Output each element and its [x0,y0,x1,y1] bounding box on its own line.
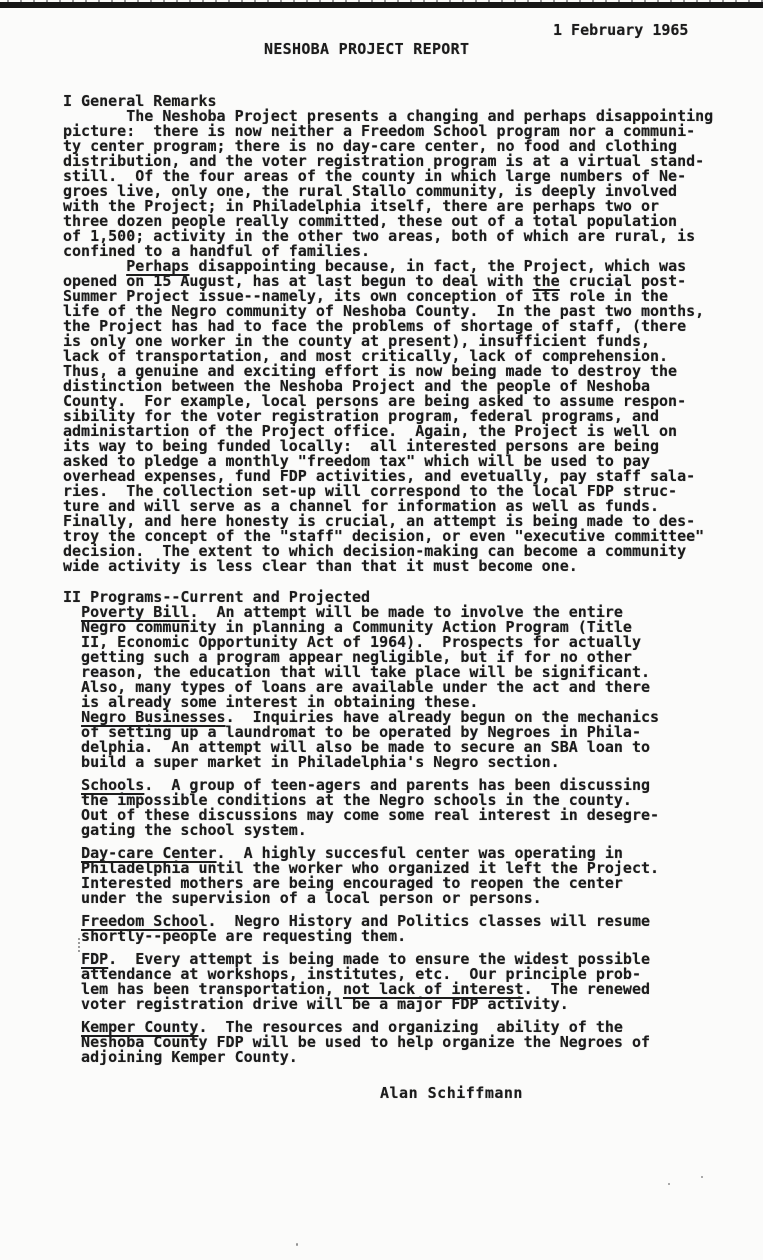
scan-speckle [668,1183,670,1185]
scan-speckle [701,1176,703,1178]
text-line: shortly--people are requesting them. [63,929,753,944]
item-freedom-school: Freedom School. Negro History and Politi… [63,914,753,944]
document-body: I General Remarks The Neshoba Project pr… [63,94,753,1065]
text-line: under the supervision of a local person … [63,891,753,906]
scan-speckle [296,1243,298,1246]
scan-artifact-top-edge [0,2,763,8]
document-date: 1 February 1965 [553,23,688,38]
document-title: NESHOBA PROJECT REPORT [264,42,469,57]
text-line: gating the school system. [63,823,753,838]
signature: Alan Schiffmann [380,1086,523,1101]
item-day-care-center: Day-care Center. A highly succesful cent… [63,846,753,906]
text-line: wide activity is less clear than that it… [63,559,753,574]
text-line: build a super market in Philadelphia's N… [63,755,753,770]
item-kemper-county: Kemper County. The resources and organiz… [63,1020,753,1065]
scanned-document-page: 1 February 1965 NESHOBA PROJECT REPORT I… [0,0,763,1260]
section-1-paragraph-2: Perhaps disappointing because, in fact, … [63,259,753,574]
text-line: adjoining Kemper County. [63,1050,753,1065]
item-poverty-bill: Poverty Bill. An attempt will be made to… [63,605,753,710]
scan-artifact-margin-mark [78,938,80,952]
item-schools: Schools. A group of teen-agers and paren… [63,778,753,838]
item-negro-businesses: Negro Businesses. Inquiries have already… [63,710,753,770]
item-fdp: FDP. Every attempt is being made to ensu… [63,952,753,1012]
text-line: voter registration drive will be a major… [63,997,753,1012]
section-1-paragraph-1: The Neshoba Project presents a changing … [63,109,753,259]
